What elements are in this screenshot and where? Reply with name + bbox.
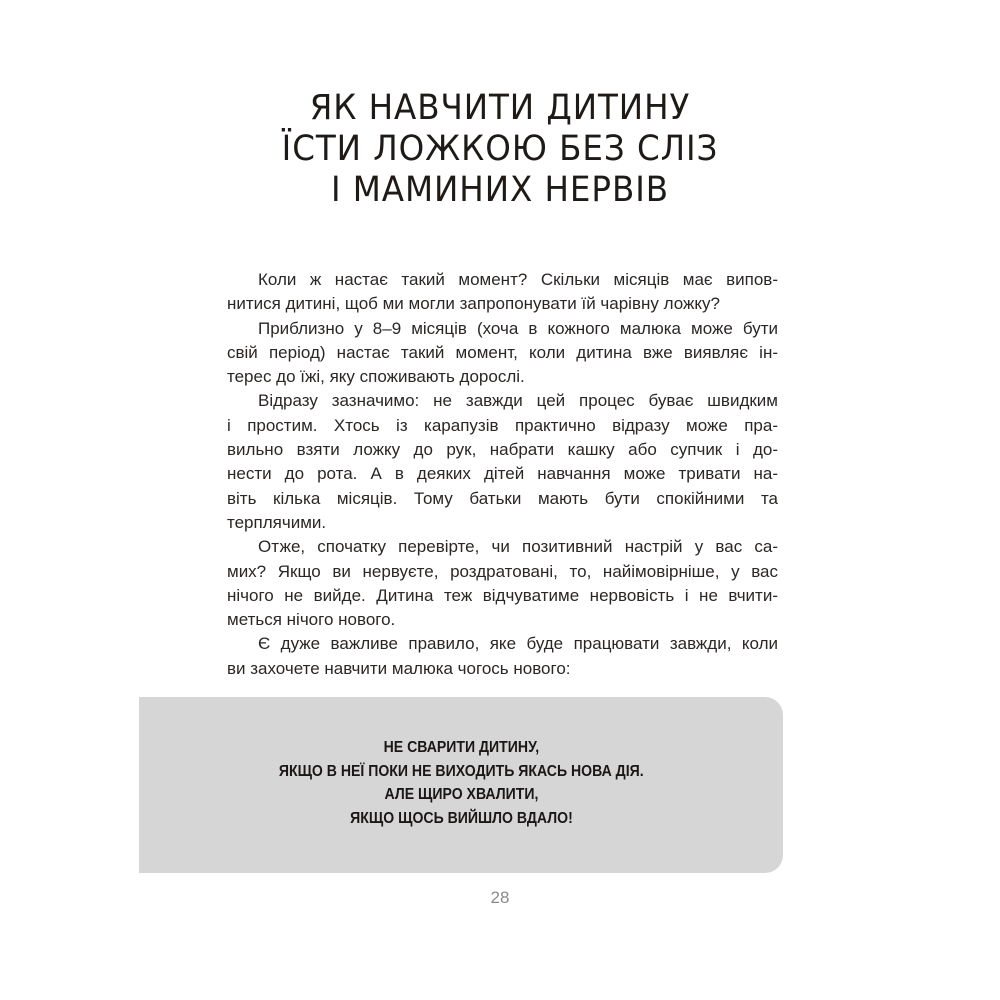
callout-line: АЛЕ ЩИРО ХВАЛИТИ,	[139, 783, 783, 807]
body-line: терплячими.	[227, 511, 778, 535]
callout-line: ЯКЩО ЩОСЬ ВИЙШЛО ВДАЛО!	[139, 807, 783, 831]
body-line: Є дуже важливе правило, яке буде працюва…	[227, 632, 778, 656]
body-line: нести до рота. А в деяких дітей навчання…	[227, 462, 778, 486]
callout-line: НЕ СВАРИТИ ДИТИНУ,	[139, 736, 783, 760]
body-line: і простим. Хтось із карапузів практично …	[227, 414, 778, 438]
chapter-title-line: І МАМИНИХ НЕРВІВ	[35, 170, 965, 211]
body-line: нитися дитині, щоб ми могли запропонуват…	[227, 292, 778, 316]
body-line: нічого не вийде. Дитина теж відчуватиме …	[227, 584, 778, 608]
body-line: свій період) настає такий момент, коли д…	[227, 341, 778, 365]
body-line: віть кілька місяців. Тому батьки мають б…	[227, 487, 778, 511]
body-line: терес до їжі, яку споживають дорослі.	[227, 365, 778, 389]
page-number: 28	[0, 888, 1000, 908]
body-line: мих? Якщо ви нервуєте, роздратовані, то,…	[227, 560, 778, 584]
chapter-title-line: ЇСТИ ЛОЖКОЮ БЕЗ СЛІЗ	[35, 129, 965, 170]
body-line: вильно взяти ложку до рук, набрати кашку…	[227, 438, 778, 462]
chapter-title: ЯК НАВЧИТИ ДИТИНУ ЇСТИ ЛОЖКОЮ БЕЗ СЛІЗ І…	[35, 88, 965, 211]
body-text: Коли ж настає такий момент? Скільки міся…	[227, 268, 778, 681]
body-line: Отже, спочатку перевірте, чи позитивний …	[227, 535, 778, 559]
callout-text: НЕ СВАРИТИ ДИТИНУ, ЯКЩО В НЕЇ ПОКИ НЕ ВИ…	[139, 736, 783, 830]
body-line: ви захочете навчити малюка чогось нового…	[227, 657, 778, 681]
callout-line: ЯКЩО В НЕЇ ПОКИ НЕ ВИХОДИТЬ ЯКАСЬ НОВА Д…	[139, 760, 783, 784]
body-line: Приблизно у 8–9 місяців (хоча в кожного …	[227, 317, 778, 341]
body-line: Коли ж настає такий момент? Скільки міся…	[227, 268, 778, 292]
body-line: Відразу зазначимо: не завжди цей процес …	[227, 389, 778, 413]
body-line: меться нічого нового.	[227, 608, 778, 632]
chapter-title-line: ЯК НАВЧИТИ ДИТИНУ	[35, 88, 965, 129]
